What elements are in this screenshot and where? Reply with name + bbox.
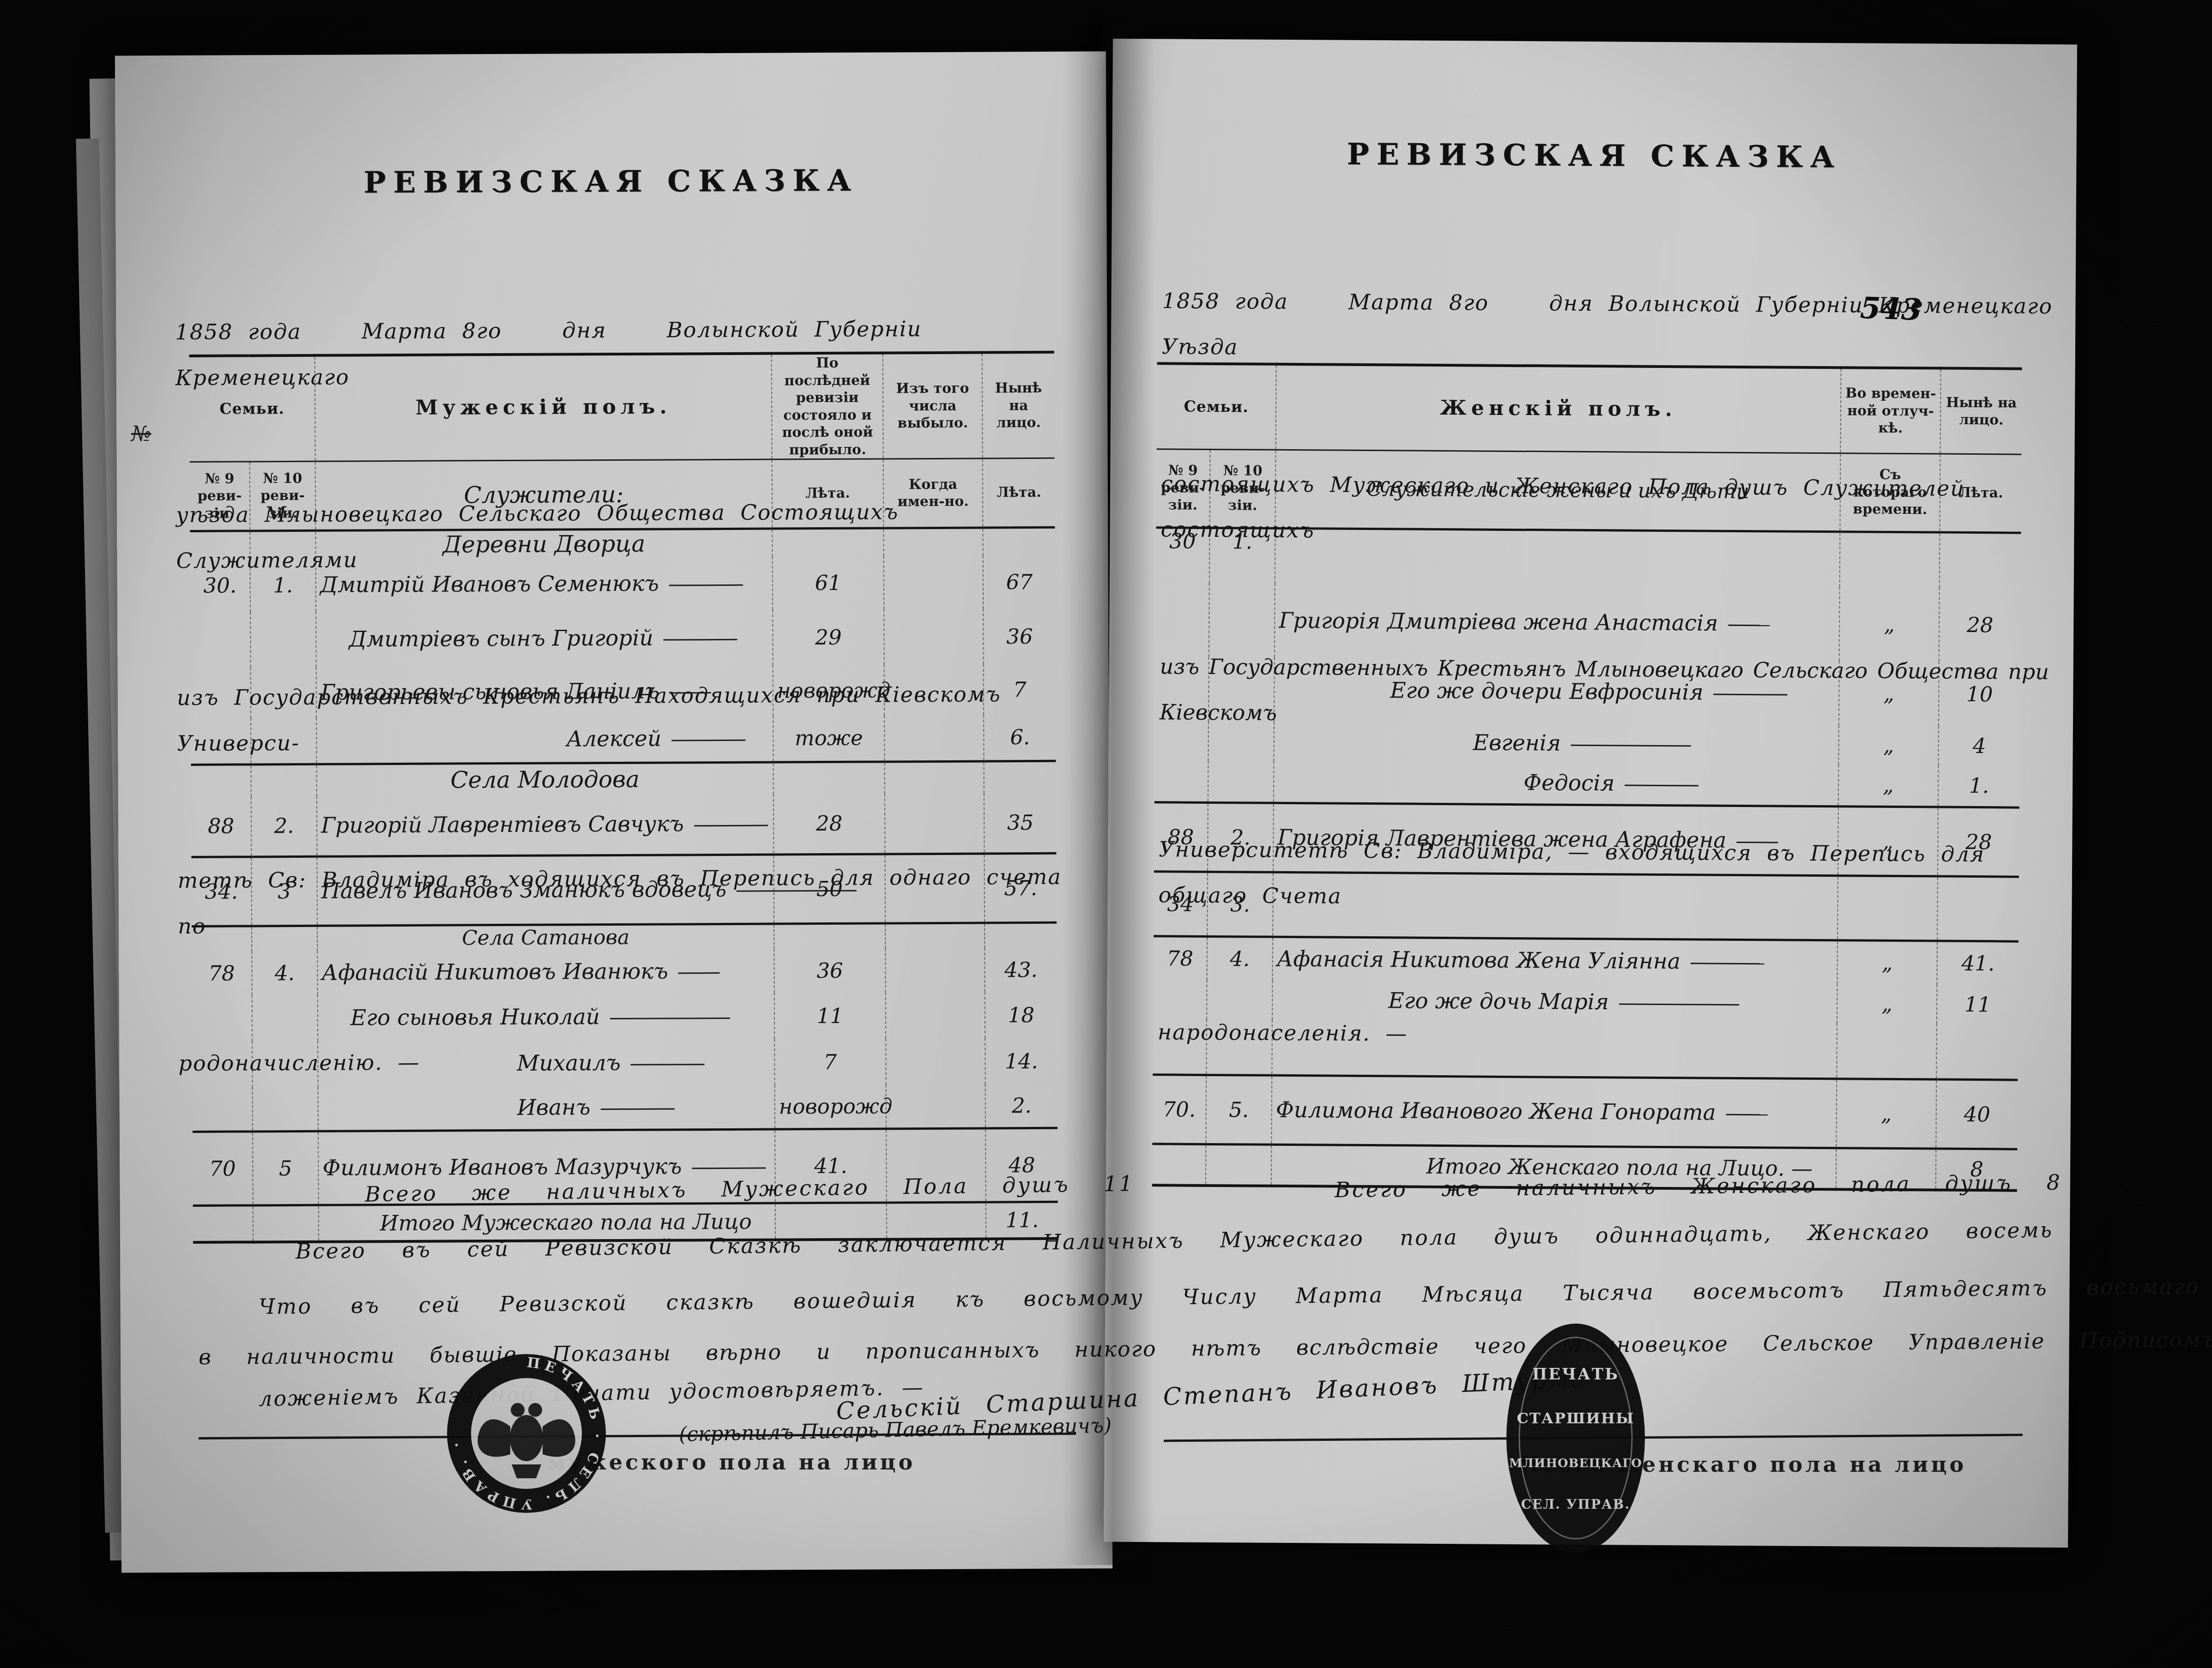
empty-cell <box>1154 721 1209 761</box>
rev10-header: № 10 реви-зіи. <box>250 461 316 531</box>
rev10-number: 3 <box>251 856 317 926</box>
empty-cell <box>253 1087 318 1132</box>
now-present-header: Нынѣ на лицо. <box>982 352 1055 458</box>
empty-cell <box>1209 657 1275 722</box>
age-previous: 7 <box>774 1038 886 1085</box>
scanned-revision-list-photo: РЕВИЗСКАЯ СКАЗКА 1858 года Марта 8го дня… <box>0 0 2212 1668</box>
empty-cell <box>885 761 984 794</box>
ruled-line <box>631 1064 705 1066</box>
temporary-absence-header: Во времен-ной отлуч-кѣ. <box>1841 367 1941 453</box>
empty-cell <box>1208 761 1274 803</box>
person-name: Филимона Иванового Жена Гонората <box>1276 1097 1716 1125</box>
header-row: Семьи. Мужескій полъ. По послѣдней ревиз… <box>189 352 1055 462</box>
table-row: 78 4. Афанасій Никитовъ Иванюкъ 36 43. <box>192 948 1057 995</box>
person-name: Филимонъ Ивановъ Мазурчукъ <box>322 1154 682 1180</box>
empty-cell <box>193 1087 253 1132</box>
rev9-header: № 9 реви-зіи. <box>190 462 250 531</box>
departed-header: Изъ того числа выбыло. <box>883 353 983 459</box>
departed-when <box>885 948 985 992</box>
empty-cell <box>883 528 983 556</box>
person-name: Алексей <box>566 726 661 752</box>
age-now: 6. <box>984 715 1056 761</box>
table-row: 34 3. <box>1154 871 2019 941</box>
person-name: Григорій Лаврентіевъ Савчукъ <box>321 812 684 838</box>
table-row: 88 2. Григорія Лаврентіева жена Аграфена… <box>1154 802 2019 876</box>
empty-cell <box>1153 980 1207 1019</box>
since-when-header: Съ котораго времени. <box>1840 453 1940 532</box>
rev10-number: 3. <box>1207 872 1273 937</box>
header-row: Семьи. Женскій полъ. Во времен-ной отлуч… <box>1157 363 2022 454</box>
gender-header: Женскій полъ. <box>1276 364 1841 453</box>
ruled-line <box>1691 963 1765 965</box>
table-row: Алексей тоже 6. <box>191 715 1056 765</box>
empty-cell <box>1840 531 1940 587</box>
absence-ditto: „ <box>1837 984 1937 1024</box>
age-now: 57. <box>984 853 1057 923</box>
empty-cell <box>1154 760 1209 802</box>
person-name: Григорьевы сыновья Даніилъ <box>320 678 659 705</box>
rev9-number: 30. <box>190 559 251 612</box>
page-title: РЕВИЗСКАЯ СКАЗКА <box>1112 136 2076 176</box>
empty-cell <box>251 667 316 718</box>
ruled-line <box>600 1108 674 1110</box>
seal-text: СЕЛ. УПРАВ. <box>1521 1497 1630 1512</box>
departed-when <box>885 794 985 854</box>
age-previous: 61 <box>773 556 884 609</box>
person-name: Федосія <box>1523 770 1615 796</box>
empty-cell <box>774 923 885 949</box>
empty-cell <box>1273 872 1838 940</box>
age-now: 35 <box>984 793 1057 854</box>
age-now: 41. <box>1937 941 2019 985</box>
age-now: 11 <box>1937 985 2019 1024</box>
departed-when <box>886 1084 985 1128</box>
person-name: Дмитріевъ сынъ Григорій <box>349 625 653 652</box>
age-previous: 11 <box>774 992 886 1039</box>
empty-cell <box>1937 876 2019 941</box>
empty-cell <box>190 531 250 559</box>
person-name: Дмитрій Ивановъ Семенюкъ <box>320 571 659 598</box>
family-header: Семьи. <box>1157 363 1276 450</box>
ruled-line <box>678 972 720 974</box>
age-now: 18 <box>985 992 1057 1038</box>
table-row: Его сыновья Николай 11 18 <box>192 992 1057 1042</box>
rev10-number: 1. <box>1209 528 1275 584</box>
empty-cell <box>983 527 1055 555</box>
rev9-number: 30 <box>1156 527 1210 583</box>
rev10-number: 4. <box>1207 936 1273 981</box>
ruled-line <box>692 1167 766 1169</box>
age-now: 40 <box>1936 1079 2018 1149</box>
person-name: Павелъ Ивановъ Зманюкъ вдовецъ <box>321 876 727 903</box>
age-previous: новорожд <box>773 664 884 716</box>
years-prev-header: Лѣта. <box>772 459 884 529</box>
age-now: 10 <box>1939 662 2020 727</box>
rev9-header: № 9 реви-зіи. <box>1156 449 1210 528</box>
when-exactly-header: Когда имен-но. <box>883 458 983 528</box>
absence-ditto: „ <box>1838 765 1939 807</box>
age-previous: тоже <box>773 715 884 762</box>
empty-cell <box>251 718 316 765</box>
rev10-number: 5 <box>253 1131 319 1205</box>
gender-header: Мужескій полъ. <box>315 353 772 461</box>
person-name: Его сыновья Николай <box>351 1004 600 1030</box>
ruled-line <box>1736 841 1778 843</box>
age-now: 7 <box>984 664 1056 715</box>
age-previous: 50 <box>774 854 885 923</box>
rev10-number: 5. <box>1206 1075 1272 1144</box>
rev9-number: 88 <box>191 796 252 857</box>
table-row: 30 1. <box>1156 527 2021 588</box>
table-row: Его же дочь Марія „ 11 <box>1153 980 2018 1024</box>
village-header: Села Сатанова <box>317 923 774 951</box>
seal-text: МЛИНОВЕЦКАГО <box>1509 1457 1642 1470</box>
ruled-line <box>671 740 745 741</box>
rev9-number: 88 <box>1154 802 1208 872</box>
empty-cell <box>192 995 252 1042</box>
empty-cell <box>250 530 315 559</box>
table-row: Евгенія „ 4 <box>1154 721 2019 765</box>
age-now: 4 <box>1938 726 2020 766</box>
departed-when <box>884 556 983 609</box>
rev10-number: 1. <box>250 559 316 612</box>
empty-cell <box>192 1041 252 1088</box>
table-row: 78 4. Афанасія Никитова Жена Уліянна „ 4… <box>1154 936 2019 985</box>
table-row: Дмитріевъ сынъ Григорій 29 36 <box>190 608 1056 668</box>
rev10-header: № 10 реви-зіи. <box>1209 449 1275 528</box>
previous-revision-header: По послѣдней ревизіи состояло и послѣ он… <box>772 353 883 459</box>
empty-cell <box>885 922 985 948</box>
village-header: Деревни Дворца <box>315 529 772 559</box>
seal-text: ПЕЧАТЬ <box>1532 1365 1619 1384</box>
male-census-table: Семьи. Мужескій полъ. По послѣдней ревиз… <box>189 351 1058 1244</box>
person-name: Афанасій Никитовъ Иванюкъ <box>321 958 668 985</box>
ruled-line <box>1571 745 1691 747</box>
empty-cell <box>193 1205 253 1242</box>
family-header: Семьи. <box>189 355 315 462</box>
empty-cell <box>252 1041 318 1088</box>
empty-cell <box>1206 1144 1272 1186</box>
age-now: 43. <box>985 948 1057 992</box>
age-previous: 29 <box>773 609 884 665</box>
spacer-row <box>1153 1019 2018 1079</box>
empty-cell <box>251 764 317 797</box>
empty-cell <box>190 612 251 668</box>
person-name: Афанасія Никитова Жена Уліянна <box>1277 946 1680 974</box>
age-previous: новорожд <box>775 1084 886 1129</box>
absence-ditto: „ <box>1836 1078 1936 1148</box>
empty-cell <box>252 926 317 951</box>
elder-seal: ПЕЧАТЬ СТАРШИНЫ МЛИНОВЕЦКАГО СЕЛ. УПРАВ. <box>1502 1319 1650 1557</box>
table-row: Иванъ новорожд 2. <box>193 1084 1058 1132</box>
ruled-line <box>1619 1003 1739 1006</box>
empty-cell <box>1155 656 1209 722</box>
village-header: Села Молодова <box>317 762 774 796</box>
rev10-number: 2. <box>1208 802 1274 872</box>
age-now: 36 <box>983 608 1056 664</box>
empty-cell <box>253 1205 319 1242</box>
subheader-row: № 9 реви-зіи. № 10 реви-зіи. Служители: … <box>190 458 1055 531</box>
empty-cell <box>1152 1144 1206 1186</box>
age-now: 14. <box>985 1038 1057 1084</box>
table-row: 88 2. Григорій Лаврентіевъ Савчукъ 28 35 <box>191 793 1057 857</box>
table-row: Федосія „ 1. <box>1154 760 2020 807</box>
table-row: Михаилъ 7 14. <box>192 1038 1057 1088</box>
absence-ditto: „ <box>1839 587 1940 661</box>
rev9-number: 34. <box>191 856 252 926</box>
empty-cell <box>191 667 251 718</box>
absence-ditto: „ <box>1839 661 1939 726</box>
page-number: 543 <box>1860 291 1922 328</box>
departed-when <box>885 853 985 923</box>
empty-cell <box>1208 722 1274 761</box>
empty-cell <box>1206 1019 1272 1075</box>
occupation-subheader: Служительскіе жены и ихъ Дѣти <box>1275 450 1841 531</box>
rev9-number: 70. <box>1152 1074 1206 1144</box>
empty-cell <box>1272 1020 1837 1078</box>
ruled-line <box>1728 624 1770 626</box>
ruled-line <box>1714 693 1788 695</box>
person-name: Григорія Дмитріева жена Анастасія <box>1279 608 1718 636</box>
years-now-header: Лѣта. <box>983 458 1055 528</box>
seal-text: СТАРШИНЫ <box>1517 1409 1635 1427</box>
rev9-number: 70 <box>193 1131 253 1205</box>
occupation-subheader: Служители: <box>315 459 773 530</box>
empty-cell <box>1209 583 1275 657</box>
ruled-line <box>664 638 737 640</box>
rev9-number: 78 <box>192 951 252 995</box>
age-now: 67 <box>983 555 1056 609</box>
person-name: Михаилъ <box>517 1050 621 1076</box>
empty-cell <box>192 926 252 951</box>
empty-cell <box>191 718 251 765</box>
empty-cell <box>191 764 251 797</box>
rev10-number: 2. <box>251 796 317 857</box>
empty-cell <box>252 995 318 1042</box>
crossed-number-mark: № <box>131 421 151 446</box>
ruled-line <box>610 1017 730 1019</box>
empty-cell <box>1940 532 2021 588</box>
absence-ditto: „ <box>1837 940 1938 984</box>
ruled-line <box>694 825 768 827</box>
age-previous: 28 <box>774 794 885 854</box>
rev9-number: 34 <box>1154 871 1208 936</box>
departed-when <box>884 609 984 665</box>
ruled-line <box>1726 1114 1768 1115</box>
age-now: 1. <box>1938 765 2020 807</box>
absence-ditto: „ <box>1838 806 1938 876</box>
rev9-number: 78 <box>1154 936 1208 980</box>
section-row: Села Молодова <box>191 761 1056 797</box>
empty-cell <box>985 922 1057 948</box>
person-name: Иванъ <box>517 1095 591 1120</box>
section-row: Деревни Дворца <box>190 527 1055 559</box>
female-census-table: Семьи. Женскій полъ. Во времен-ной отлуч… <box>1152 362 2022 1192</box>
absence-ditto: „ <box>1838 725 1939 765</box>
page-title: РЕВИЗСКАЯ СКАЗКА <box>115 162 1106 201</box>
table-row: Григорьевы сыновья Даніилъ новорожд 7 <box>191 664 1056 718</box>
ruled-line <box>1625 785 1699 787</box>
age-previous: 36 <box>774 948 885 993</box>
person-name: Его же дочь Марія <box>1388 988 1609 1015</box>
departed-when <box>884 715 984 762</box>
empty-cell <box>1155 583 1209 657</box>
departed-when <box>886 1038 985 1084</box>
subheader-row: № 9 реви-зіи. № 10 реви-зіи. Служительск… <box>1156 449 2021 532</box>
departed-when <box>884 664 984 716</box>
empty-cell <box>774 761 885 794</box>
ruled-line <box>669 584 743 586</box>
age-now: 28 <box>1938 807 2019 877</box>
empty-cell <box>1837 1023 1937 1079</box>
table-row: 30. 1. Дмитрій Ивановъ Семенюкъ 61 67 <box>190 555 1055 612</box>
ruled-line <box>670 692 711 693</box>
table-row: 34. 3 Павелъ Ивановъ Зманюкъ вдовецъ 50 … <box>191 853 1057 926</box>
table-row: Григорія Дмитріева жена Анастасія „ 28 <box>1155 583 2021 662</box>
age-now: 2. <box>985 1084 1058 1128</box>
person-name: Григорія Лаврентіева жена Аграфена <box>1277 825 1726 853</box>
empty-cell <box>1936 1024 2018 1080</box>
now-present-header: Нынѣ на лицо. <box>1940 368 2022 454</box>
years-header: Лѣта. <box>1940 454 2021 533</box>
empty-cell <box>1837 875 1938 940</box>
age-now: 28 <box>1939 588 2021 662</box>
departed-when <box>886 992 985 1038</box>
person-name: Евгенія <box>1473 730 1561 756</box>
rev10-number: 4. <box>252 951 317 995</box>
empty-cell <box>1207 980 1273 1020</box>
table-row: Его же дочери Евфросинія „ 10 <box>1155 656 2020 726</box>
section-row: Села Сатанова <box>192 922 1057 951</box>
empty-cell <box>1153 1019 1207 1075</box>
empty-cell <box>772 528 883 557</box>
person-name: Его же дочери Евфросинія <box>1390 678 1704 705</box>
empty-cell <box>984 761 1056 794</box>
empty-cell <box>250 612 316 668</box>
village-administration-seal: ПЕЧАТЬ · СЕЛЬ. УПРАВ. · <box>441 1348 612 1519</box>
empty-cell <box>1275 528 1840 587</box>
table-row: 70. 5. Филимона Иванового Жена Гонората … <box>1152 1074 2018 1149</box>
